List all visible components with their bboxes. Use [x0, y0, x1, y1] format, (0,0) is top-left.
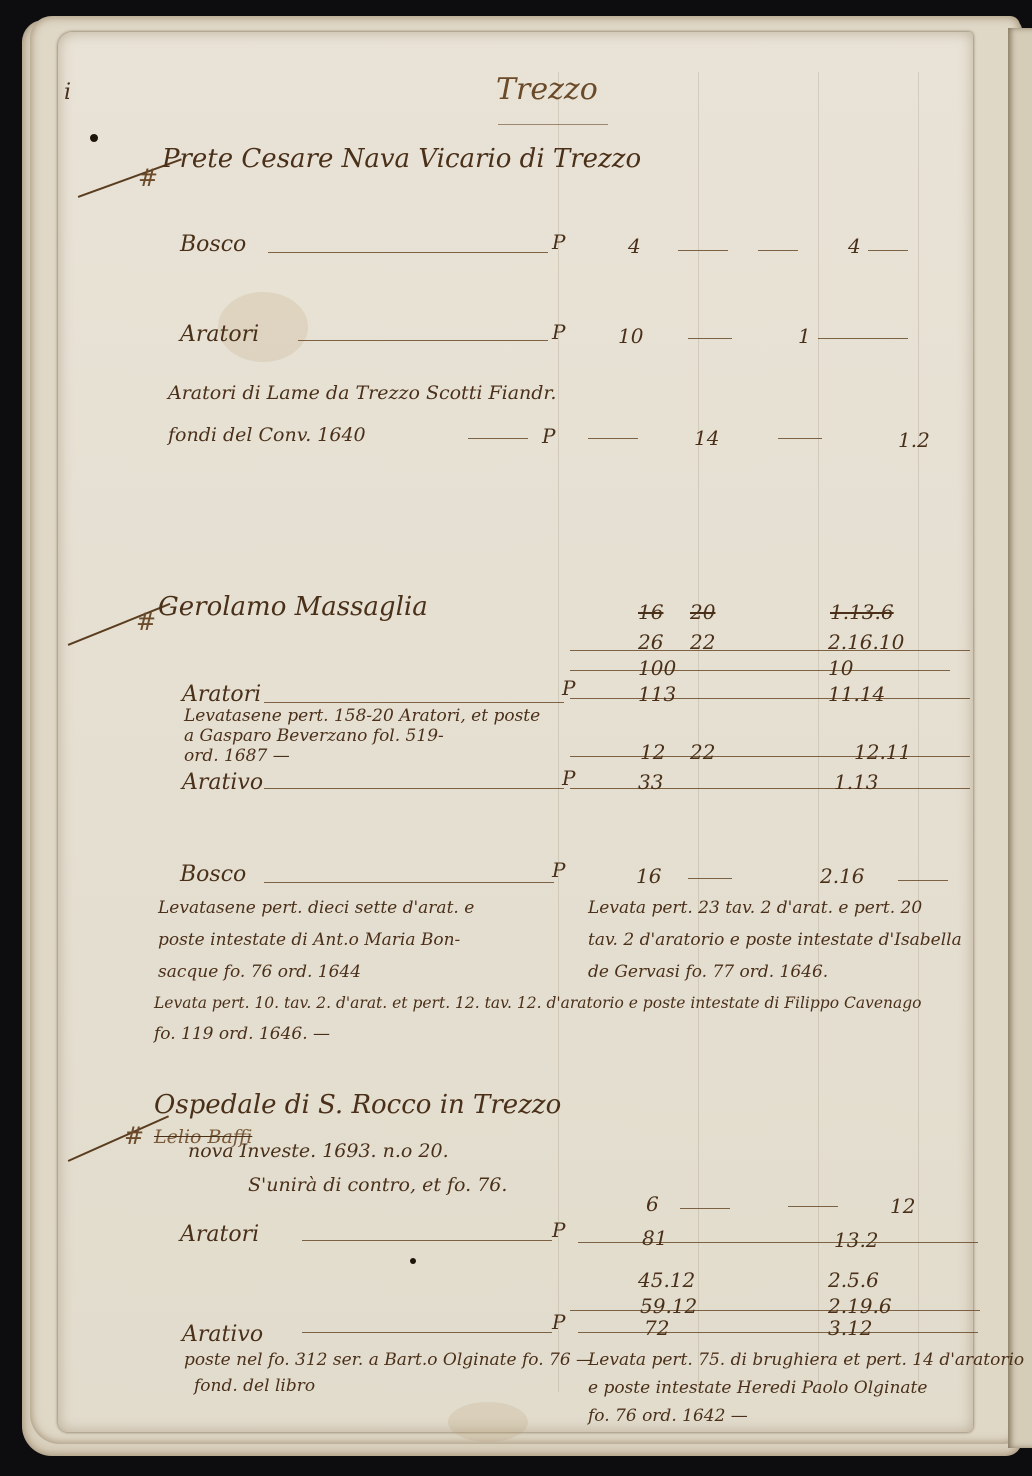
manuscript-page: i Trezzo # Prete Cesare Nava Vicario di …	[58, 32, 973, 1432]
ink-dot	[410, 1258, 416, 1264]
paper-stain	[448, 1402, 528, 1442]
strike-line	[570, 670, 950, 671]
dash	[678, 250, 728, 251]
header-underline	[498, 124, 608, 125]
strike-line	[570, 650, 970, 651]
dash	[898, 880, 948, 881]
row-label: Bosco	[180, 232, 246, 257]
strike-line	[578, 1242, 978, 1243]
row-label: Aratori	[180, 322, 259, 347]
struck-value: 2.19.6	[828, 1294, 892, 1318]
entry-note: fondi del Conv. 1640	[168, 424, 366, 446]
struck-value: 1.13.6	[830, 600, 894, 624]
entry-note: fo. 76 ord. 1642 —	[588, 1406, 748, 1426]
leader-line	[264, 702, 564, 703]
owner-name: Ospedale di S. Rocco in Trezzo	[154, 1090, 561, 1120]
entry-note: Levatasene pert. dieci sette d'arat. e	[158, 898, 474, 918]
entry-note: Levata pert. 23 tav. 2 d'arat. e pert. 2…	[588, 898, 922, 918]
entry-note: Levata pert. 10. tav. 2. d'arat. et pert…	[154, 994, 922, 1012]
column-rule	[558, 72, 559, 1392]
entry-mark: #	[138, 164, 158, 192]
value-cell: 12	[640, 740, 665, 764]
unit-mark: P	[552, 1310, 565, 1334]
unit-mark: P	[562, 676, 575, 700]
row-label: Aratori	[180, 1222, 259, 1247]
struck-value: 20	[690, 600, 715, 624]
strike-line	[578, 1332, 978, 1333]
value-cell: 2.5.6	[828, 1268, 879, 1292]
entry-note: Levatasene pert. 158-20 Aratori, et post…	[184, 706, 540, 726]
value-cell: 45.12	[638, 1268, 695, 1292]
unit-mark: P	[552, 230, 565, 254]
unit-mark: P	[552, 1218, 565, 1242]
dash	[818, 338, 908, 339]
leader-line	[302, 1240, 552, 1241]
struck-value: 59.12	[640, 1294, 697, 1318]
unit-mark: P	[542, 424, 555, 448]
entry-note: fond. del libro	[194, 1376, 315, 1396]
facing-page-edge	[1008, 28, 1032, 1448]
struck-value: 81	[642, 1226, 667, 1250]
value-cell: 22	[690, 740, 715, 764]
value-cell: 12	[890, 1194, 915, 1218]
value-cell: 10	[618, 324, 643, 348]
value-cell: 4	[628, 234, 641, 258]
entry-note: de Gervasi fo. 77 ord. 1646.	[588, 962, 828, 982]
leader-line	[298, 340, 548, 341]
leader-line	[268, 252, 548, 253]
entry-note: S'unirà di contro, et fo. 76.	[248, 1174, 507, 1196]
margin-mark: i	[64, 80, 71, 105]
page-header: Trezzo	[496, 72, 598, 107]
struck-value: 22	[690, 630, 715, 654]
dash	[778, 438, 822, 439]
entry-note: sacque fo. 76 ord. 1644	[158, 962, 361, 982]
struck-value: 13.2	[834, 1228, 879, 1252]
unit-mark: P	[562, 766, 575, 790]
entry-note: e poste intestate Heredi Paolo Olginate	[588, 1378, 927, 1398]
struck-value: 10	[828, 656, 853, 680]
value-cell: 1	[798, 324, 811, 348]
dash	[680, 1208, 730, 1209]
entry-mark: #	[124, 1122, 144, 1150]
ink-blot	[90, 134, 98, 142]
dash	[788, 1206, 838, 1207]
leader-line	[302, 1332, 552, 1333]
entry-note: a Gasparo Beverzano fol. 519-	[184, 726, 444, 746]
value-cell: 14	[694, 426, 719, 450]
dash	[688, 878, 732, 879]
strike-line	[570, 698, 970, 699]
value-cell: 1.13	[834, 770, 879, 794]
leader-line	[264, 788, 564, 789]
value-cell: 12.11	[854, 740, 911, 764]
owner-name: Gerolamo Massaglia	[158, 592, 428, 622]
value-cell: 1.2	[898, 428, 930, 452]
unit-mark: P	[552, 858, 565, 882]
leader-line	[264, 882, 554, 883]
dash	[868, 250, 908, 251]
entry-note: nova Investe. 1693. n.o 20.	[188, 1140, 449, 1162]
dash	[688, 338, 732, 339]
struck-value: 3.12	[828, 1316, 873, 1340]
column-rule	[818, 72, 819, 1392]
row-label: Bosco	[180, 862, 246, 887]
strike-line	[570, 1310, 980, 1311]
struck-value: 16	[638, 600, 663, 624]
entry-note: Levata pert. 75. di brughiera et pert. 1…	[588, 1350, 1024, 1370]
row-label: Arativo	[182, 1322, 263, 1347]
value-cell: 33	[638, 770, 663, 794]
entry-note: fo. 119 ord. 1646. —	[154, 1024, 330, 1044]
row-label: Arativo	[182, 770, 263, 795]
column-rule	[698, 72, 699, 1392]
column-rule	[918, 72, 919, 1392]
struck-value: 72	[644, 1316, 669, 1340]
entry-note: ord. 1687 —	[184, 746, 290, 766]
struck-value: 2.16.10	[828, 630, 904, 654]
struck-value: 100	[638, 656, 676, 680]
value-cell: 4	[848, 234, 861, 258]
dash	[468, 438, 528, 439]
entry-note: Aratori di Lame da Trezzo Scotti Fiandr.	[168, 382, 556, 404]
struck-value: 113	[638, 682, 676, 706]
struck-value: 26	[638, 630, 663, 654]
value-cell: 2.16	[820, 864, 865, 888]
strike-line	[570, 788, 970, 789]
value-cell: 16	[636, 864, 661, 888]
dash	[588, 438, 638, 439]
value-cell: 6	[646, 1192, 659, 1216]
dash	[758, 250, 798, 251]
unit-mark: P	[552, 320, 565, 344]
entry-mark: #	[136, 608, 156, 636]
entry-note: poste intestate di Ant.o Maria Bon-	[158, 930, 460, 950]
entry-note: poste nel fo. 312 ser. a Bart.o Olginate…	[184, 1350, 593, 1370]
owner-name: Prete Cesare Nava Vicario di Trezzo	[162, 144, 641, 174]
entry-note: tav. 2 d'aratorio e poste intestate d'Is…	[588, 930, 962, 950]
struck-value: 11.14	[828, 682, 885, 706]
row-label: Aratori	[182, 682, 261, 707]
